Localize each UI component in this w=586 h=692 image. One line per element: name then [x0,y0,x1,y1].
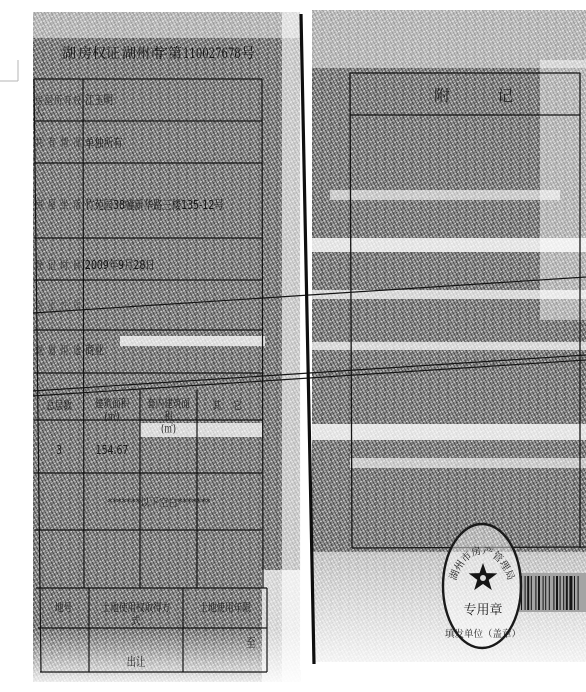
field-label: 房屋性质 [35,300,81,311]
column-header-label: 建筑面积 [90,398,134,411]
table-cell: 至 [239,637,262,651]
table-cell: 3 [40,444,77,458]
blank-below-marker: *******以下空白******* [95,497,223,510]
field-label: 规划用途 [35,345,81,356]
column-header-label: 其 它 [213,399,247,412]
registration-date-value: 2009年9月28日 [85,259,155,271]
title-cert-name: 房权证 [78,47,120,61]
barcode-bar [569,576,572,610]
column-header: 土地使用年限 [192,602,258,615]
official-seal: 湖州市房产管理局 专用章 填发单位（盖章） [443,524,521,648]
column-header: 套内建筑面积 (㎡) [146,398,190,436]
table-cell: 出让 [99,656,172,670]
field-label: 房屋坐落 [35,199,81,210]
left-table-grid [34,79,267,672]
field-label: 登记时间 [35,260,81,271]
barcode-bar [545,576,546,610]
barcode-bar [556,576,558,610]
annotation-header-left: 附 [434,88,450,104]
barcode-bar [566,576,568,610]
column-header: 地号 [44,602,84,615]
field-label: 房屋所有权人 [35,95,81,117]
column-header: 总层数 [40,400,77,413]
title-zi-di: 字第 [154,47,182,61]
barcode-bar [560,576,561,610]
seal-emblem-icon [480,575,486,581]
barcode-bar [578,576,579,610]
table-cell: 154.67 [90,444,134,458]
scan-corner-mark [0,60,18,81]
title-hao: 号 [241,47,255,61]
owner-value: 江玉明 [85,94,113,106]
barcode-bar [553,576,554,610]
barcode-bar [563,576,564,610]
column-header: 其 它 [204,400,255,413]
barcode-bar [574,576,575,610]
annotation-header-right: 记 [497,88,513,104]
seal-center-text: 专用章 [463,602,502,618]
title-prefix: 湖 [62,47,76,61]
barcode-bar [525,576,526,610]
column-header-label: 总层数 [46,399,72,412]
column-header-unit: (㎡) [90,411,134,424]
location-value: 竹苑园38幢新华路三楼135-12号 [85,199,224,211]
barcode-bar [531,576,532,610]
co-ownership-value: 单独所有 [85,137,122,149]
seal-bottom-text: 填发单位（盖章） [445,628,521,640]
column-header-unit: (㎡) [146,423,190,436]
barcode-bar [549,576,550,610]
column-header-label: 套内建筑面积 [146,398,190,423]
column-header: 建筑面积 (㎡) [90,398,134,423]
field-label: 共有情况 [35,137,81,148]
barcode-bar [543,576,544,610]
barcode-bar [527,576,529,610]
page-fold-line [301,14,314,664]
planned-use-value: 商业 [85,344,104,356]
barcode-bar [538,576,540,610]
certificate-number: 110027678 [183,47,241,61]
barcode-bar [535,576,536,610]
column-header: 土地使用权取得方式 [99,602,172,627]
annotation-frame [350,73,586,548]
